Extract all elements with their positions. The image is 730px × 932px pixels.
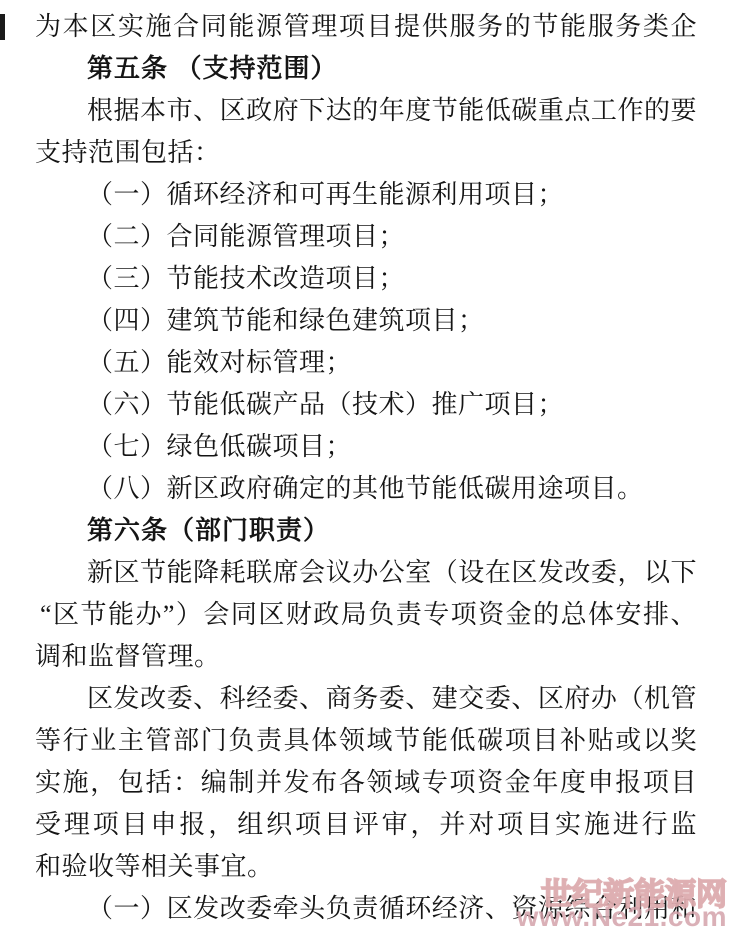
document-line: 新区节能降耗联席会议办公室（设在区发改委，以下简称 <box>35 552 697 594</box>
list-item-1: （一）循环经济和可再生能源利用项目； <box>35 174 697 216</box>
document-line: 区发改委、科经委、商务委、建交委、区府办（机管局） <box>35 678 697 720</box>
document-line: 为本区实施合同能源管理项目提供服务的节能服务类企业等。 <box>35 6 697 48</box>
list-item-8: （八）新区政府确定的其他节能低碳用途项目。 <box>35 468 697 510</box>
list-item-6: （六）节能低碳产品（技术）推广项目； <box>35 384 697 426</box>
document-line: 根据本市、区政府下达的年度节能低碳重点工作的要求， <box>35 90 697 132</box>
scan-artifact <box>0 14 5 40</box>
list-item-3: （三）节能技术改造项目； <box>35 258 697 300</box>
list-item-5: （五）能效对标管理； <box>35 342 697 384</box>
document-line: 受理项目申报，组织项目评审，并对项目实施进行监督、检查 <box>35 804 697 846</box>
document-line: “区节能办”）会同区财政局负责专项资金的总体安排、统筹协 <box>35 594 697 636</box>
section-heading-article-5: 第五条 （支持范围） <box>35 48 697 90</box>
section-heading-article-6: 第六条（部门职责） <box>35 510 697 552</box>
document-line: 调和监督管理。 <box>35 636 697 678</box>
list-item-4: （四）建筑节能和绿色建筑项目； <box>35 300 697 342</box>
list-item-2: （二）合同能源管理项目； <box>35 216 697 258</box>
document-line: （一）区发改委牵头负责循环经济、资源综合利用和可再 <box>35 888 697 930</box>
list-item-7: （七）绿色低碳项目； <box>35 426 697 468</box>
document-line: 等行业主管部门负责具体领域节能低碳项目补贴或以奖代补的 <box>35 720 697 762</box>
document-line: 支持范围包括： <box>35 132 697 174</box>
document-line: 实施，包括：编制并发布各领域专项资金年度申报项目指南， <box>35 762 697 804</box>
document-page: 为本区实施合同能源管理项目提供服务的节能服务类企业等。 第五条 （支持范围） 根… <box>0 0 730 932</box>
document-line: 和验收等相关事宜。 <box>35 846 697 888</box>
